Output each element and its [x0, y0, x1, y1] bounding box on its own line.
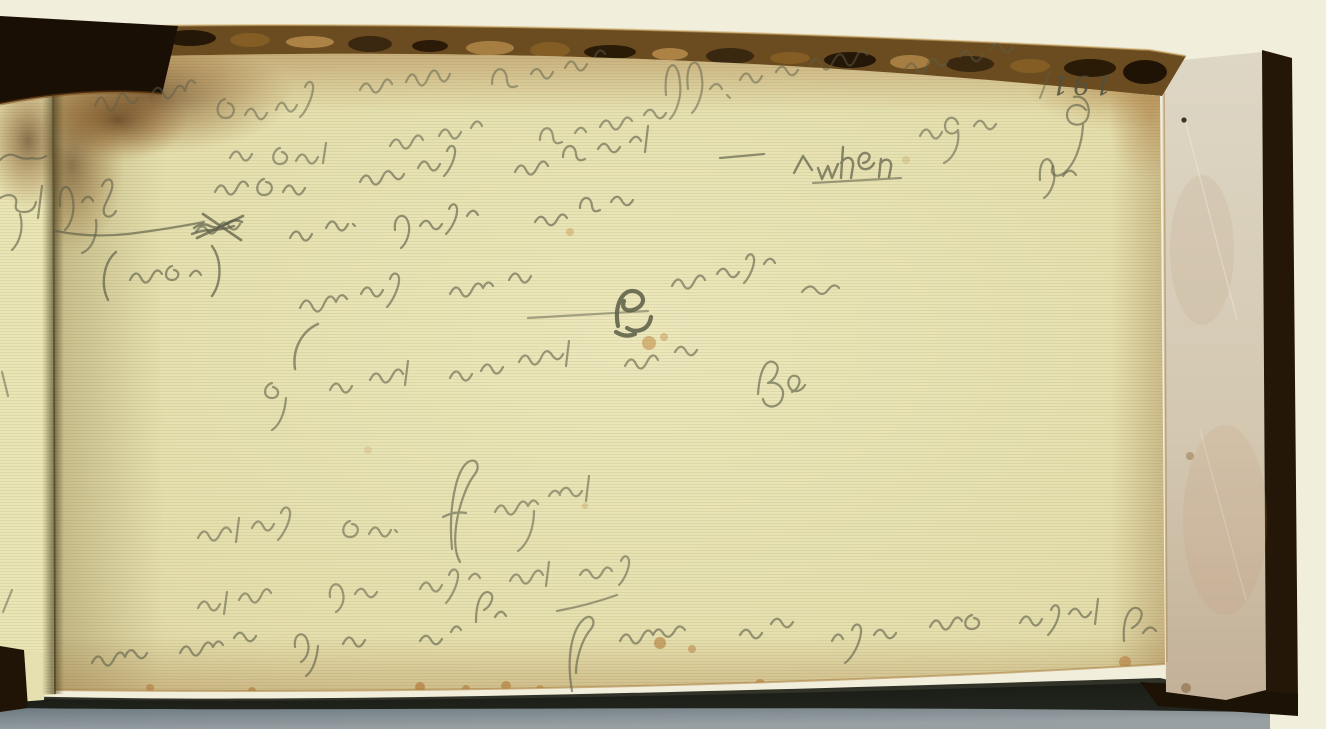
notebook-photo: 191 [0, 0, 1326, 729]
foxing-spot [1186, 452, 1194, 460]
under-page-blotch [1170, 175, 1234, 325]
ink-speck [1181, 117, 1186, 122]
page-number: 191 [1047, 69, 1112, 99]
top-left-cover-corner [0, 16, 178, 104]
right-page [5, 38, 1203, 695]
page-stains [5, 38, 1203, 695]
bottom-left-cover-edge [0, 646, 28, 712]
notebook-photo-canvas: 191 [0, 0, 1326, 729]
under-page-blotch [1183, 425, 1267, 615]
foxing-spot [1181, 683, 1191, 693]
gutter [42, 58, 64, 694]
